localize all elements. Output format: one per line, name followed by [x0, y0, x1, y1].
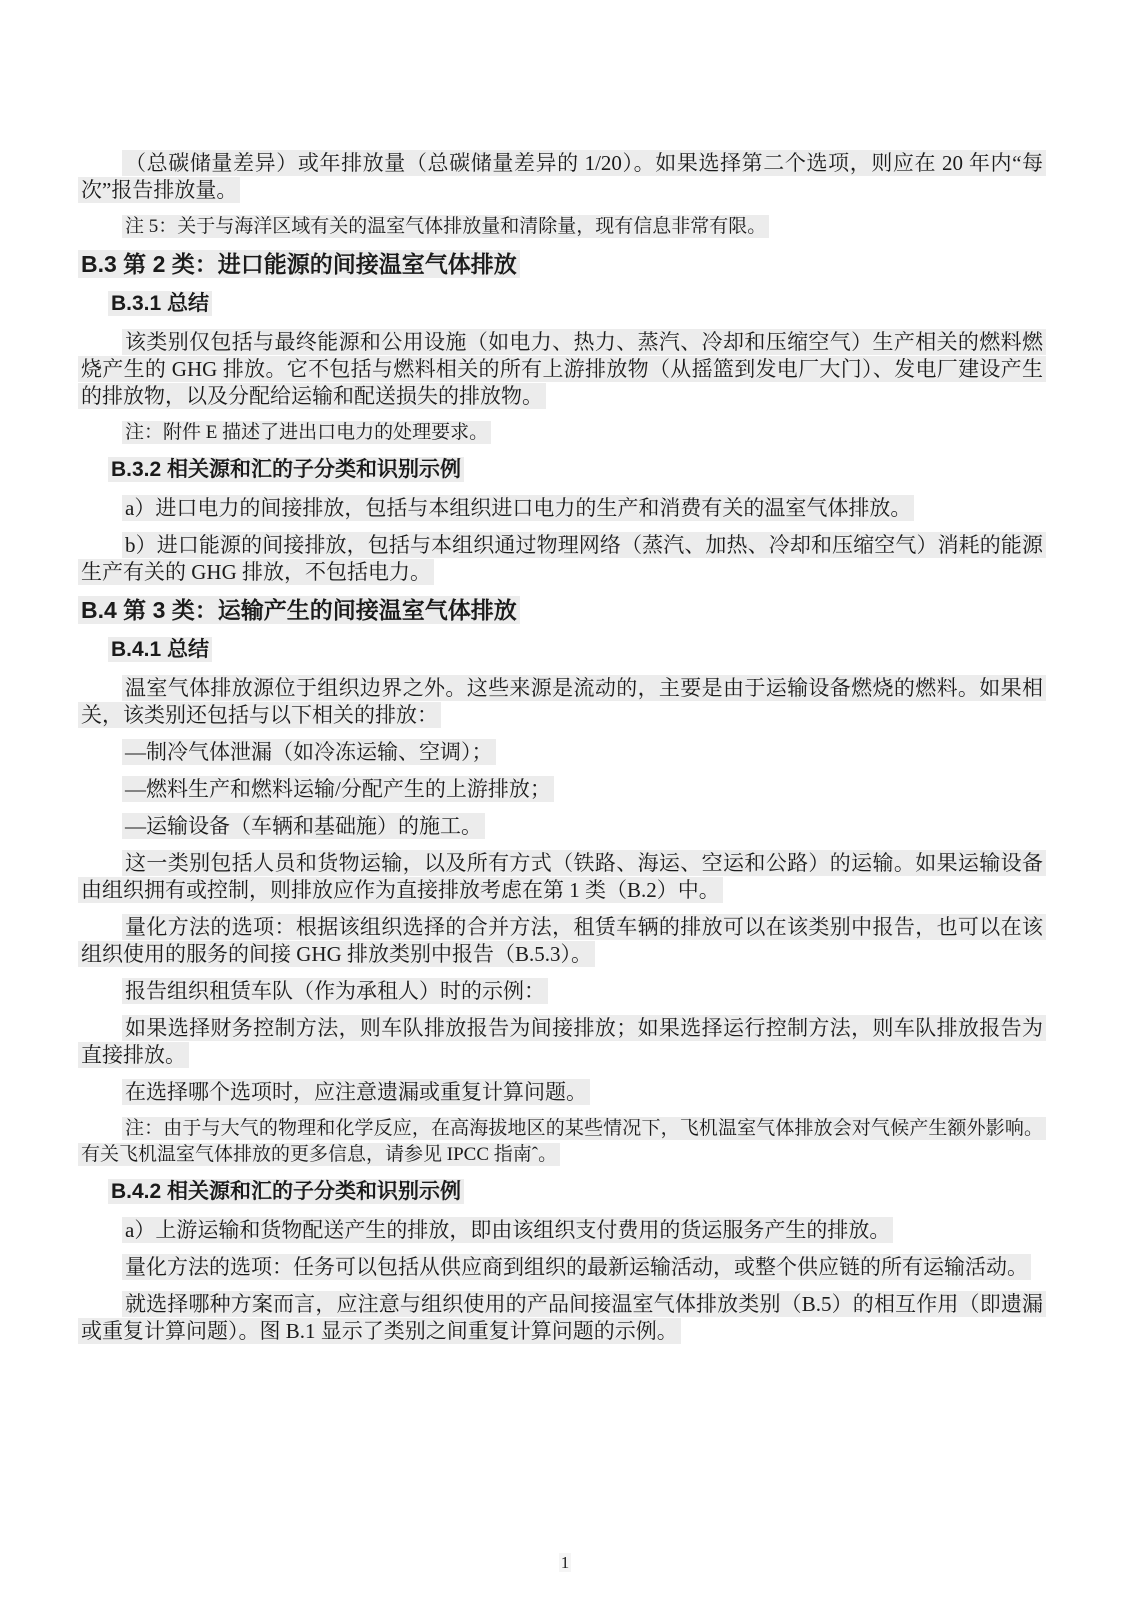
heading-text: B.4.1 总结 [108, 637, 212, 662]
heading-text: B.3.1 总结 [108, 291, 212, 316]
note-text: 注：附件 E 描述了进出口电力的处理要求。 [122, 421, 491, 444]
list-item-text: a）上游运输和货物配送产生的排放，即由该组织支付费用的货运服务产生的排放。 [122, 1217, 893, 1243]
subsection-heading-b31: B.3.1 总结 [108, 290, 1046, 317]
paragraph: 该类别仅包括与最终能源和公用设施（如电力、热力、蒸汽、冷却和压缩空气）生产相关的… [78, 329, 1046, 410]
page-number: 1 [0, 1552, 1130, 1574]
paragraph-text: 该类别仅包括与最终能源和公用设施（如电力、热力、蒸汽、冷却和压缩空气）生产相关的… [78, 329, 1046, 409]
list-item-text: b）进口能源的间接排放，包括与本组织通过物理网络（蒸汽、加热、冷却和压缩空气）消… [78, 532, 1046, 585]
paragraph: 在选择哪个选项时，应注意遗漏或重复计算问题。 [78, 1079, 1046, 1106]
paragraph-text: 如果选择财务控制方法，则车队排放报告为间接排放；如果选择运行控制方法，则车队排放… [78, 1015, 1046, 1068]
paragraph: （总碳储量差异）或年排放量（总碳储量差异的 1/20）。如果选择第二个选项，则应… [78, 150, 1046, 204]
paragraph: 报告组织租赁车队（作为承租人）时的示例： [78, 978, 1046, 1005]
list-item-text: —制冷气体泄漏（如冷冻运输、空调）； [122, 739, 496, 765]
dash-list-item: —运输设备（车辆和基础施）的施工。 [78, 813, 1046, 840]
list-item-a: a）进口电力的间接排放，包括与本组织进口电力的生产和消费有关的温室气体排放。 [78, 495, 1046, 522]
list-item-text: a）进口电力的间接排放，包括与本组织进口电力的生产和消费有关的温室气体排放。 [122, 495, 914, 521]
subsection-heading-b32: B.3.2 相关源和汇的子分类和识别示例 [108, 456, 1046, 483]
paragraph-text: 就选择哪种方案而言，应注意与组织使用的产品间接温室气体排放类别（B.5）的相互作… [78, 1291, 1046, 1344]
section-heading-b4: B.4 第 3 类：运输产生的间接温室气体排放 [78, 596, 1046, 624]
paragraph: 温室气体排放源位于组织边界之外。这些来源是流动的，主要是由于运输设备燃烧的燃料。… [78, 675, 1046, 729]
heading-text: B.3.2 相关源和汇的子分类和识别示例 [108, 457, 464, 482]
paragraph: 就选择哪种方案而言，应注意与组织使用的产品间接温室气体排放类别（B.5）的相互作… [78, 1291, 1046, 1345]
dash-list-item: —制冷气体泄漏（如冷冻运输、空调）； [78, 739, 1046, 766]
note-text: 注：由于与大气的物理和化学反应，在高海拔地区的某些情况下，飞机温室气体排放会对气… [78, 1117, 1046, 1166]
subsection-heading-b42: B.4.2 相关源和汇的子分类和识别示例 [108, 1178, 1046, 1205]
note: 注 5：关于与海洋区域有关的温室气体排放量和清除量，现有信息非常有限。 [78, 214, 1046, 240]
paragraph-text: 量化方法的选项：任务可以包括从供应商到组织的最新运输活动，或整个供应链的所有运输… [122, 1254, 1031, 1280]
list-item-text: —运输设备（车辆和基础施）的施工。 [122, 813, 485, 839]
paragraph: 量化方法的选项：根据该组织选择的合并方法，租赁车辆的排放可以在该类别中报告，也可… [78, 914, 1046, 968]
document-body: （总碳储量差异）或年排放量（总碳储量差异的 1/20）。如果选择第二个选项，则应… [78, 150, 1046, 1355]
page-number-text: 1 [559, 1553, 572, 1572]
heading-text: B.4.2 相关源和汇的子分类和识别示例 [108, 1179, 464, 1204]
paragraph-text: 这一类别包括人员和货物运输，以及所有方式（铁路、海运、空运和公路）的运输。如果运… [78, 850, 1046, 903]
note: 注：由于与大气的物理和化学反应，在高海拔地区的某些情况下，飞机温室气体排放会对气… [78, 1116, 1046, 1168]
paragraph-text: 量化方法的选项：根据该组织选择的合并方法，租赁车辆的排放可以在该类别中报告，也可… [78, 914, 1046, 967]
paragraph: 量化方法的选项：任务可以包括从供应商到组织的最新运输活动，或整个供应链的所有运输… [78, 1254, 1046, 1281]
paragraph: 这一类别包括人员和货物运输，以及所有方式（铁路、海运、空运和公路）的运输。如果运… [78, 850, 1046, 904]
paragraph-text: （总碳储量差异）或年排放量（总碳储量差异的 1/20）。如果选择第二个选项，则应… [78, 150, 1046, 203]
heading-text: B.3 第 2 类：进口能源的间接温室气体排放 [78, 250, 520, 278]
heading-text: B.4 第 3 类：运输产生的间接温室气体排放 [78, 596, 520, 624]
paragraph-text: 报告组织租赁车队（作为承租人）时的示例： [122, 978, 548, 1004]
list-item-text: —燃料生产和燃料运输/分配产生的上游排放； [122, 776, 554, 802]
document-page: （总碳储量差异）或年排放量（总碳储量差异的 1/20）。如果选择第二个选项，则应… [0, 0, 1130, 1600]
section-heading-b3: B.3 第 2 类：进口能源的间接温室气体排放 [78, 250, 1046, 278]
list-item-b: b）进口能源的间接排放，包括与本组织通过物理网络（蒸汽、加热、冷却和压缩空气）消… [78, 532, 1046, 586]
list-item-a: a）上游运输和货物配送产生的排放，即由该组织支付费用的货运服务产生的排放。 [78, 1217, 1046, 1244]
subsection-heading-b41: B.4.1 总结 [108, 636, 1046, 663]
dash-list-item: —燃料生产和燃料运输/分配产生的上游排放； [78, 776, 1046, 803]
paragraph: 如果选择财务控制方法，则车队排放报告为间接排放；如果选择运行控制方法，则车队排放… [78, 1015, 1046, 1069]
paragraph-text: 温室气体排放源位于组织边界之外。这些来源是流动的，主要是由于运输设备燃烧的燃料。… [78, 675, 1046, 728]
note-text: 注 5：关于与海洋区域有关的温室气体排放量和清除量，现有信息非常有限。 [122, 215, 769, 238]
note: 注：附件 E 描述了进出口电力的处理要求。 [78, 420, 1046, 446]
paragraph-text: 在选择哪个选项时，应注意遗漏或重复计算问题。 [122, 1079, 590, 1105]
